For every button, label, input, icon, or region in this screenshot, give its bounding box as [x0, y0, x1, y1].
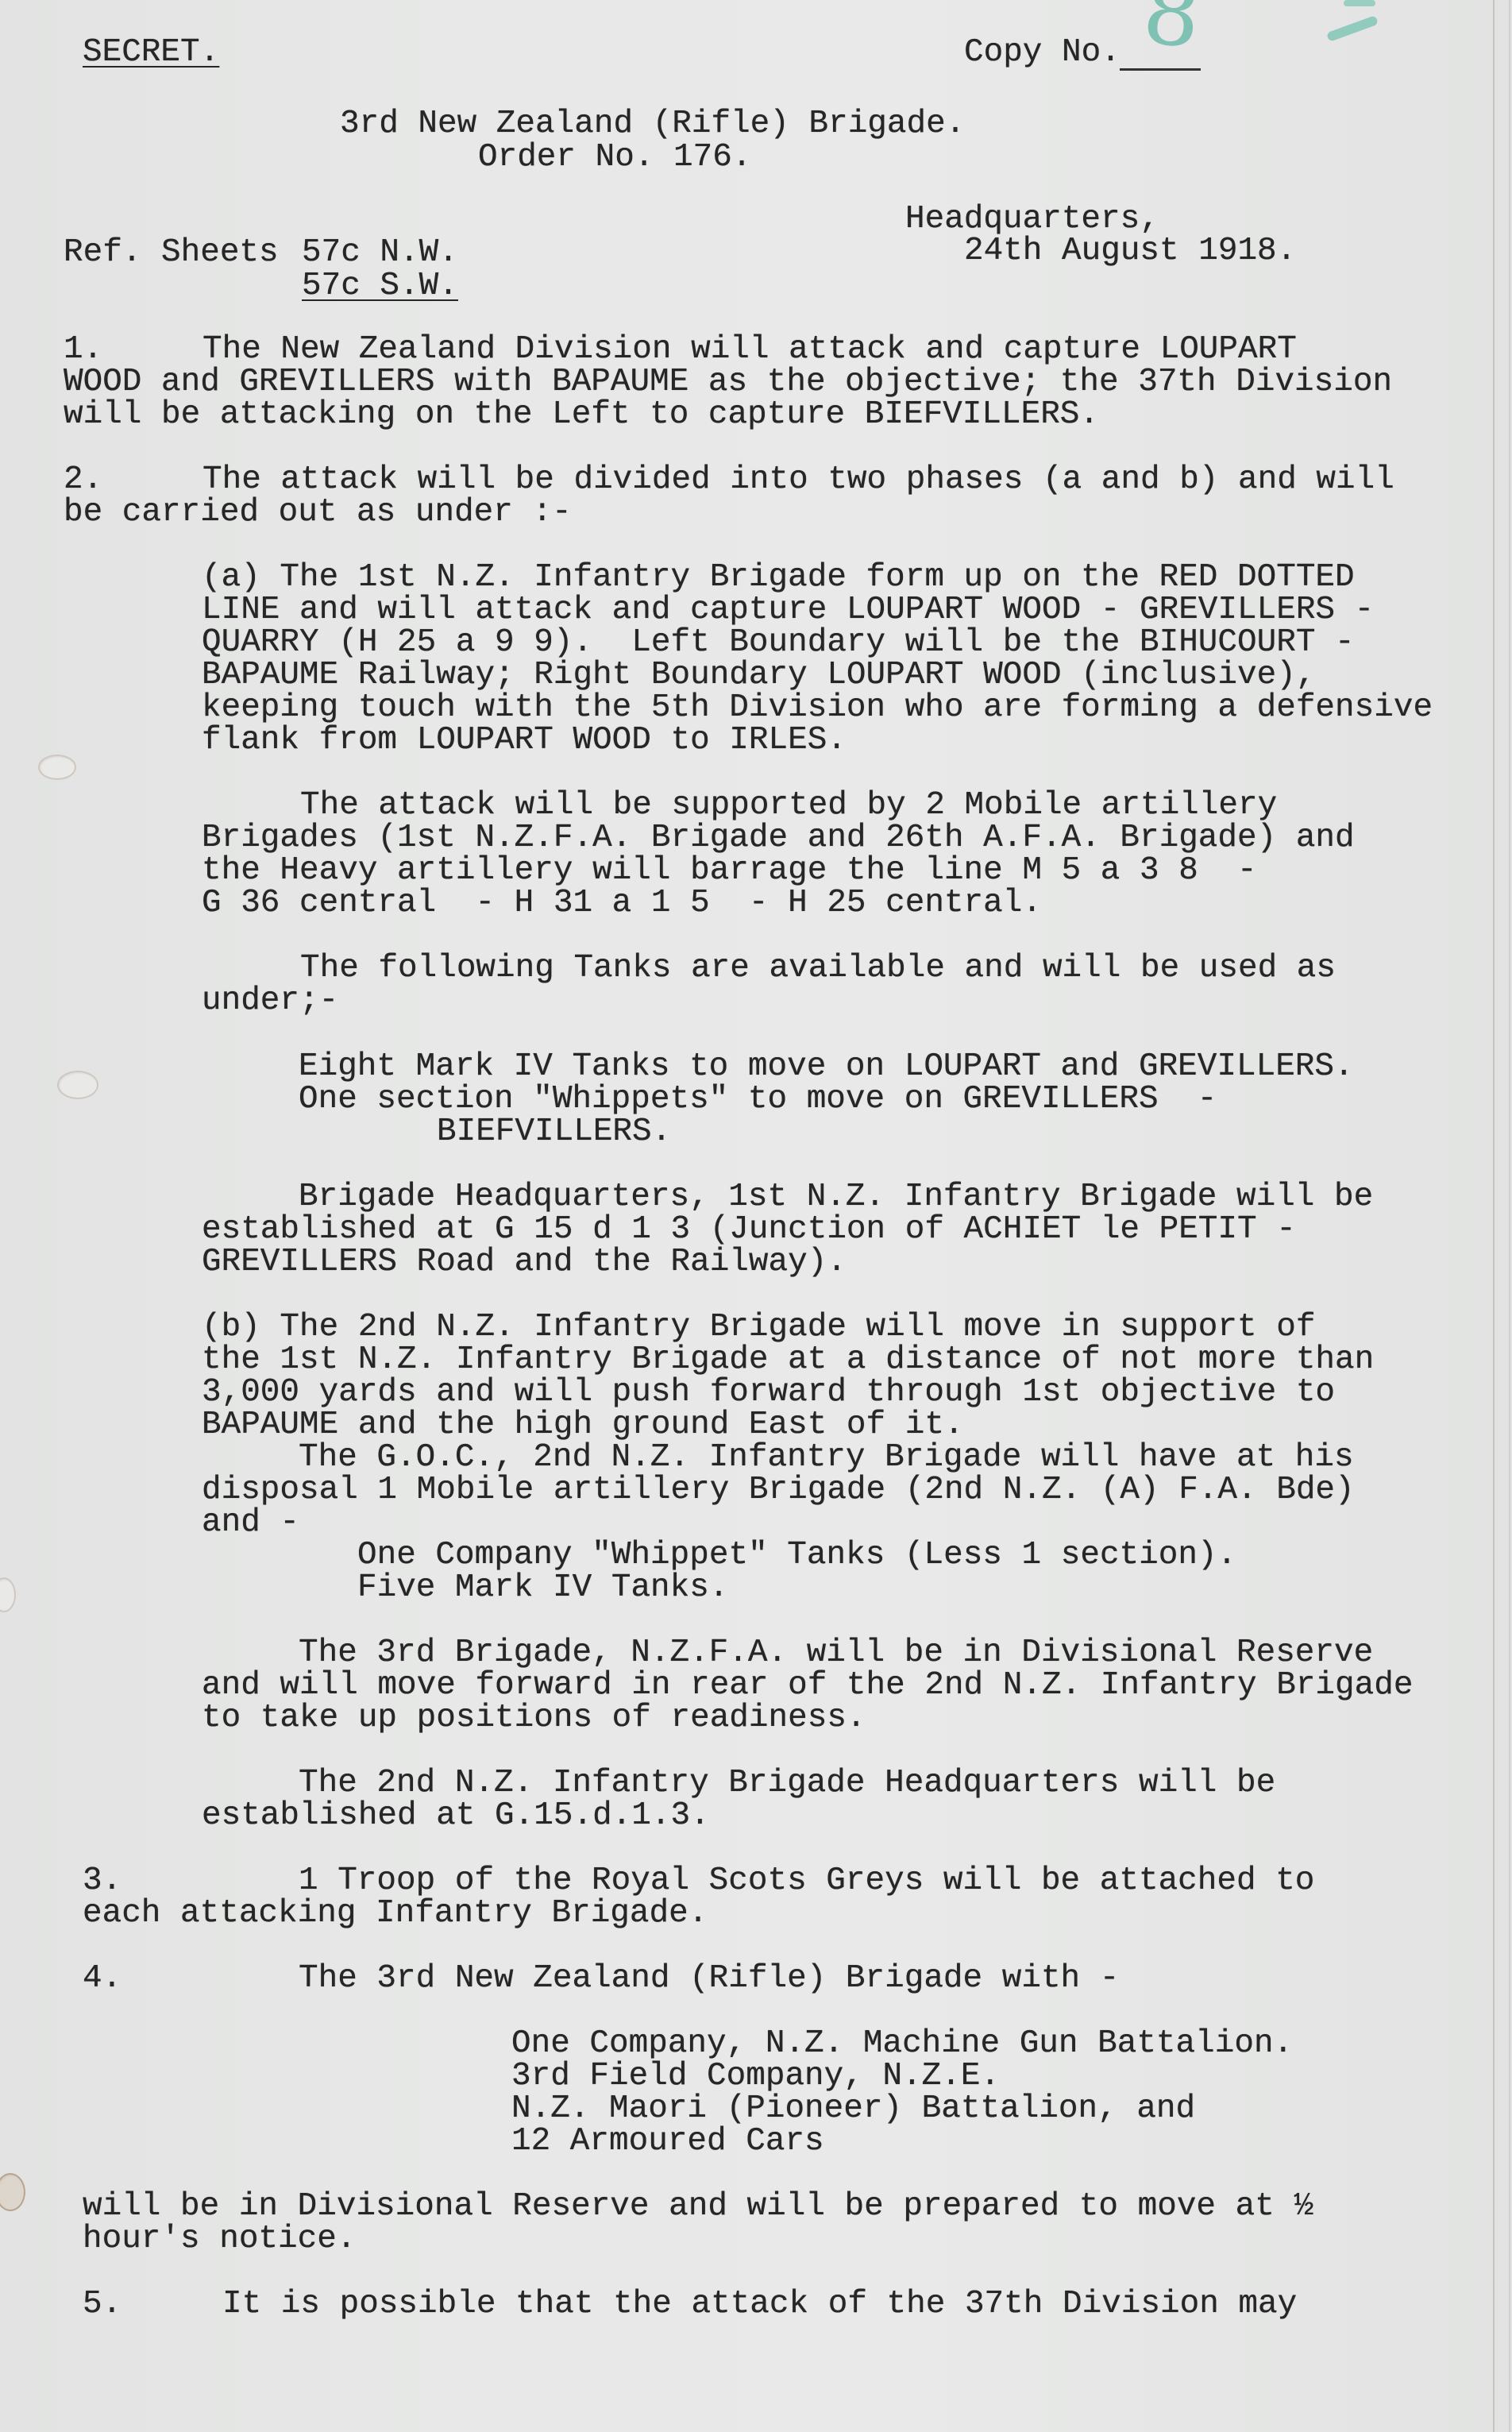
document-title: 3rd New Zealand (Rifle) Brigade. — [340, 108, 965, 141]
paragraph-number: 3. — [83, 1865, 121, 1897]
brigade-hq-line: The 2nd N.Z. Infantry Brigade Headquarte… — [299, 1767, 1275, 1800]
order-number: Order No. 176. — [478, 141, 751, 174]
reserve-unit-item: 3rd Field Company, N.Z.E. — [511, 2060, 1000, 2093]
brigade-hq-line: established at G.15.d.1.3. — [202, 1800, 710, 1832]
paragraph-number: 5. — [83, 2288, 121, 2321]
handwritten-copy-number: 8 — [1139, 0, 1205, 61]
artillery-line: Brigades (1st N.Z.F.A. Brigade and 26th … — [202, 822, 1355, 855]
paragraph-line: 1 Troop of the Royal Scots Greys will be… — [299, 1865, 1314, 1897]
phase-b-line: 3,000 yards and will push forward throug… — [202, 1376, 1335, 1409]
paragraph-line: The 3rd New Zealand (Rifle) Brigade with… — [299, 1963, 1119, 1995]
punch-hole — [57, 1071, 98, 1099]
paragraph-number: 2. — [64, 464, 102, 496]
paragraph-line: It is possible that the attack of the 37… — [222, 2288, 1297, 2321]
goc-item: Five Mark IV Tanks. — [357, 1572, 728, 1604]
ref-sheet: 57c S.W. — [302, 270, 458, 303]
punch-hole — [38, 755, 76, 780]
goc-line: and - — [202, 1507, 299, 1539]
paragraph-line: WOOD and GREVILLERS with BAPAUME as the … — [64, 366, 1392, 399]
copy-number-blank — [1120, 68, 1201, 71]
tank-item: One section "Whippets" to move on GREVIL… — [299, 1083, 1217, 1116]
classification-label: SECRET. — [83, 37, 219, 69]
phase-a-line: QUARRY (H 25 a 9 9). Left Boundary will … — [202, 627, 1355, 659]
document-page: 8 SECRET. Copy No. 3rd New Zealand (Rifl… — [0, 0, 1512, 2432]
ref-sheets-label: Ref. Sheets — [64, 237, 279, 269]
reserve-line: and will move forward in rear of the 2nd… — [202, 1670, 1413, 1702]
headquarters-label: Headquarters, — [905, 203, 1159, 236]
phase-a-line: LINE and will attack and capture LOUPART… — [202, 594, 1374, 627]
brigade-hq-line: established at G 15 d 1 3 (Junction of A… — [202, 1214, 1296, 1246]
phase-a-line: BAPAUME Railway; Right Boundary LOUPART … — [202, 659, 1315, 692]
artillery-line: The attack will be supported by 2 Mobile… — [300, 789, 1277, 822]
tank-item: BIEFVILLERS. — [437, 1116, 671, 1148]
tanks-intro-line: under;- — [202, 985, 338, 1017]
reserve-line: to take up positions of readiness. — [202, 1702, 866, 1735]
paragraph-line: hour's notice. — [83, 2223, 356, 2256]
brigade-hq-line: Brigade Headquarters, 1st N.Z. Infantry … — [299, 1181, 1373, 1214]
reserve-unit-item: One Company, N.Z. Machine Gun Battalion. — [511, 2028, 1293, 2060]
phase-a-line: flank from LOUPART WOOD to IRLES. — [202, 724, 847, 757]
punch-hole — [0, 2173, 25, 2211]
phase-b-line: (b) The 2nd N.Z. Infantry Brigade will m… — [202, 1311, 1315, 1344]
document-date: 24th August 1918. — [964, 235, 1296, 268]
paragraph-number: 4. — [83, 1963, 121, 1995]
paragraph-line: The attack will be divided into two phas… — [202, 464, 1394, 496]
page-edge-line — [1493, 0, 1495, 2432]
handwritten-mark — [1344, 0, 1375, 6]
reserve-line: The 3rd Brigade, N.Z.F.A. will be in Div… — [299, 1637, 1373, 1670]
paragraph-line: The New Zealand Division will attack and… — [202, 334, 1297, 366]
artillery-line: the Heavy artillery will barrage the lin… — [202, 855, 1257, 887]
copy-number-label: Copy No. — [964, 37, 1120, 69]
paragraph-number: 1. — [64, 334, 102, 366]
brigade-hq-line: GREVILLERS Road and the Railway). — [202, 1246, 847, 1279]
page-edge-line — [1509, 0, 1510, 2432]
goc-line: The G.O.C., 2nd N.Z. Infantry Brigade wi… — [299, 1442, 1354, 1474]
paragraph-line: each attacking Infantry Brigade. — [83, 1897, 708, 1930]
handwritten-mark — [1326, 15, 1379, 42]
paragraph-line: will be attacking on the Left to capture… — [64, 399, 1099, 431]
tanks-intro-line: The following Tanks are available and wi… — [300, 952, 1336, 985]
artillery-line: G 36 central - H 31 a 1 5 - H 25 central… — [202, 887, 1042, 920]
paragraph-line: be carried out as under :- — [64, 496, 572, 529]
phase-b-line: the 1st N.Z. Infantry Brigade at a dista… — [202, 1344, 1374, 1376]
reserve-unit-item: N.Z. Maori (Pioneer) Battalion, and — [511, 2093, 1195, 2125]
goc-line: disposal 1 Mobile artillery Brigade (2nd… — [202, 1474, 1355, 1507]
ref-sheet: 57c N.W. — [302, 237, 458, 269]
punch-hole — [0, 1577, 16, 1612]
reserve-unit-item: 12 Armoured Cars — [511, 2125, 824, 2158]
tank-item: Eight Mark IV Tanks to move on LOUPART a… — [299, 1051, 1354, 1083]
phase-a-line: keeping touch with the 5th Division who … — [202, 692, 1433, 724]
paragraph-line: will be in Divisional Reserve and will b… — [83, 2191, 1313, 2223]
goc-item: One Company "Whippet" Tanks (Less 1 sect… — [357, 1539, 1236, 1572]
phase-b-line: BAPAUME and the high ground East of it. — [202, 1409, 964, 1442]
phase-a-line: (a) The 1st N.Z. Infantry Brigade form u… — [202, 562, 1355, 594]
